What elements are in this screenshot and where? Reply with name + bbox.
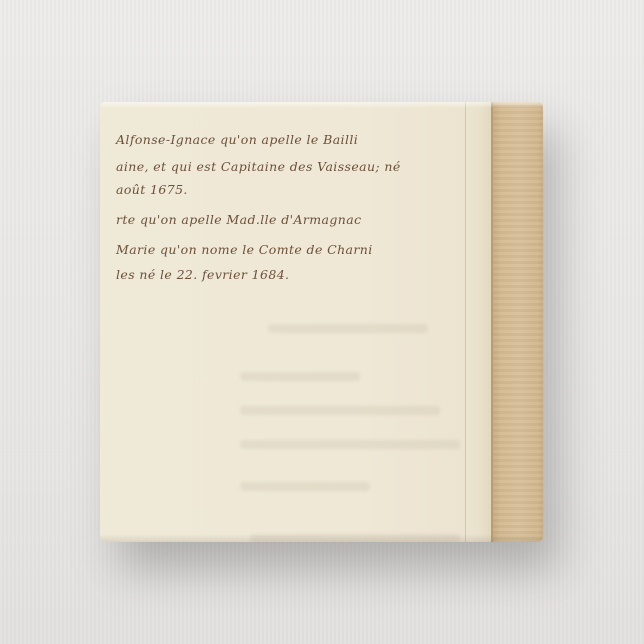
manuscript-line: rte qu'on apelle Mad.lle d'Armagnac	[116, 212, 361, 227]
bleed-through-mark	[240, 440, 460, 449]
bleed-through-mark	[240, 482, 370, 491]
manuscript-line: aine, et qui est Capitaine des Vaisseau;…	[116, 159, 401, 174]
bottom-edge-shade	[100, 534, 543, 542]
tan-binding-strip	[491, 102, 543, 542]
manuscript-line: Alfonse-Ignace qu'on apelle le Bailli	[116, 132, 358, 147]
manuscript-line: août 1675.	[116, 182, 188, 197]
bleed-through-mark	[268, 324, 428, 333]
bleed-through-mark	[240, 372, 360, 381]
paper-fold-edge	[465, 102, 492, 542]
top-edge-highlight	[100, 102, 543, 108]
manuscript-line: les né le 22. fevrier 1684.	[116, 267, 289, 282]
bleed-through-mark	[240, 406, 440, 415]
manuscript-line: Marie qu'on nome le Comte de Charni	[116, 242, 373, 257]
square-button: Alfonse-Ignace qu'on apelle le Bailli ai…	[100, 102, 543, 542]
